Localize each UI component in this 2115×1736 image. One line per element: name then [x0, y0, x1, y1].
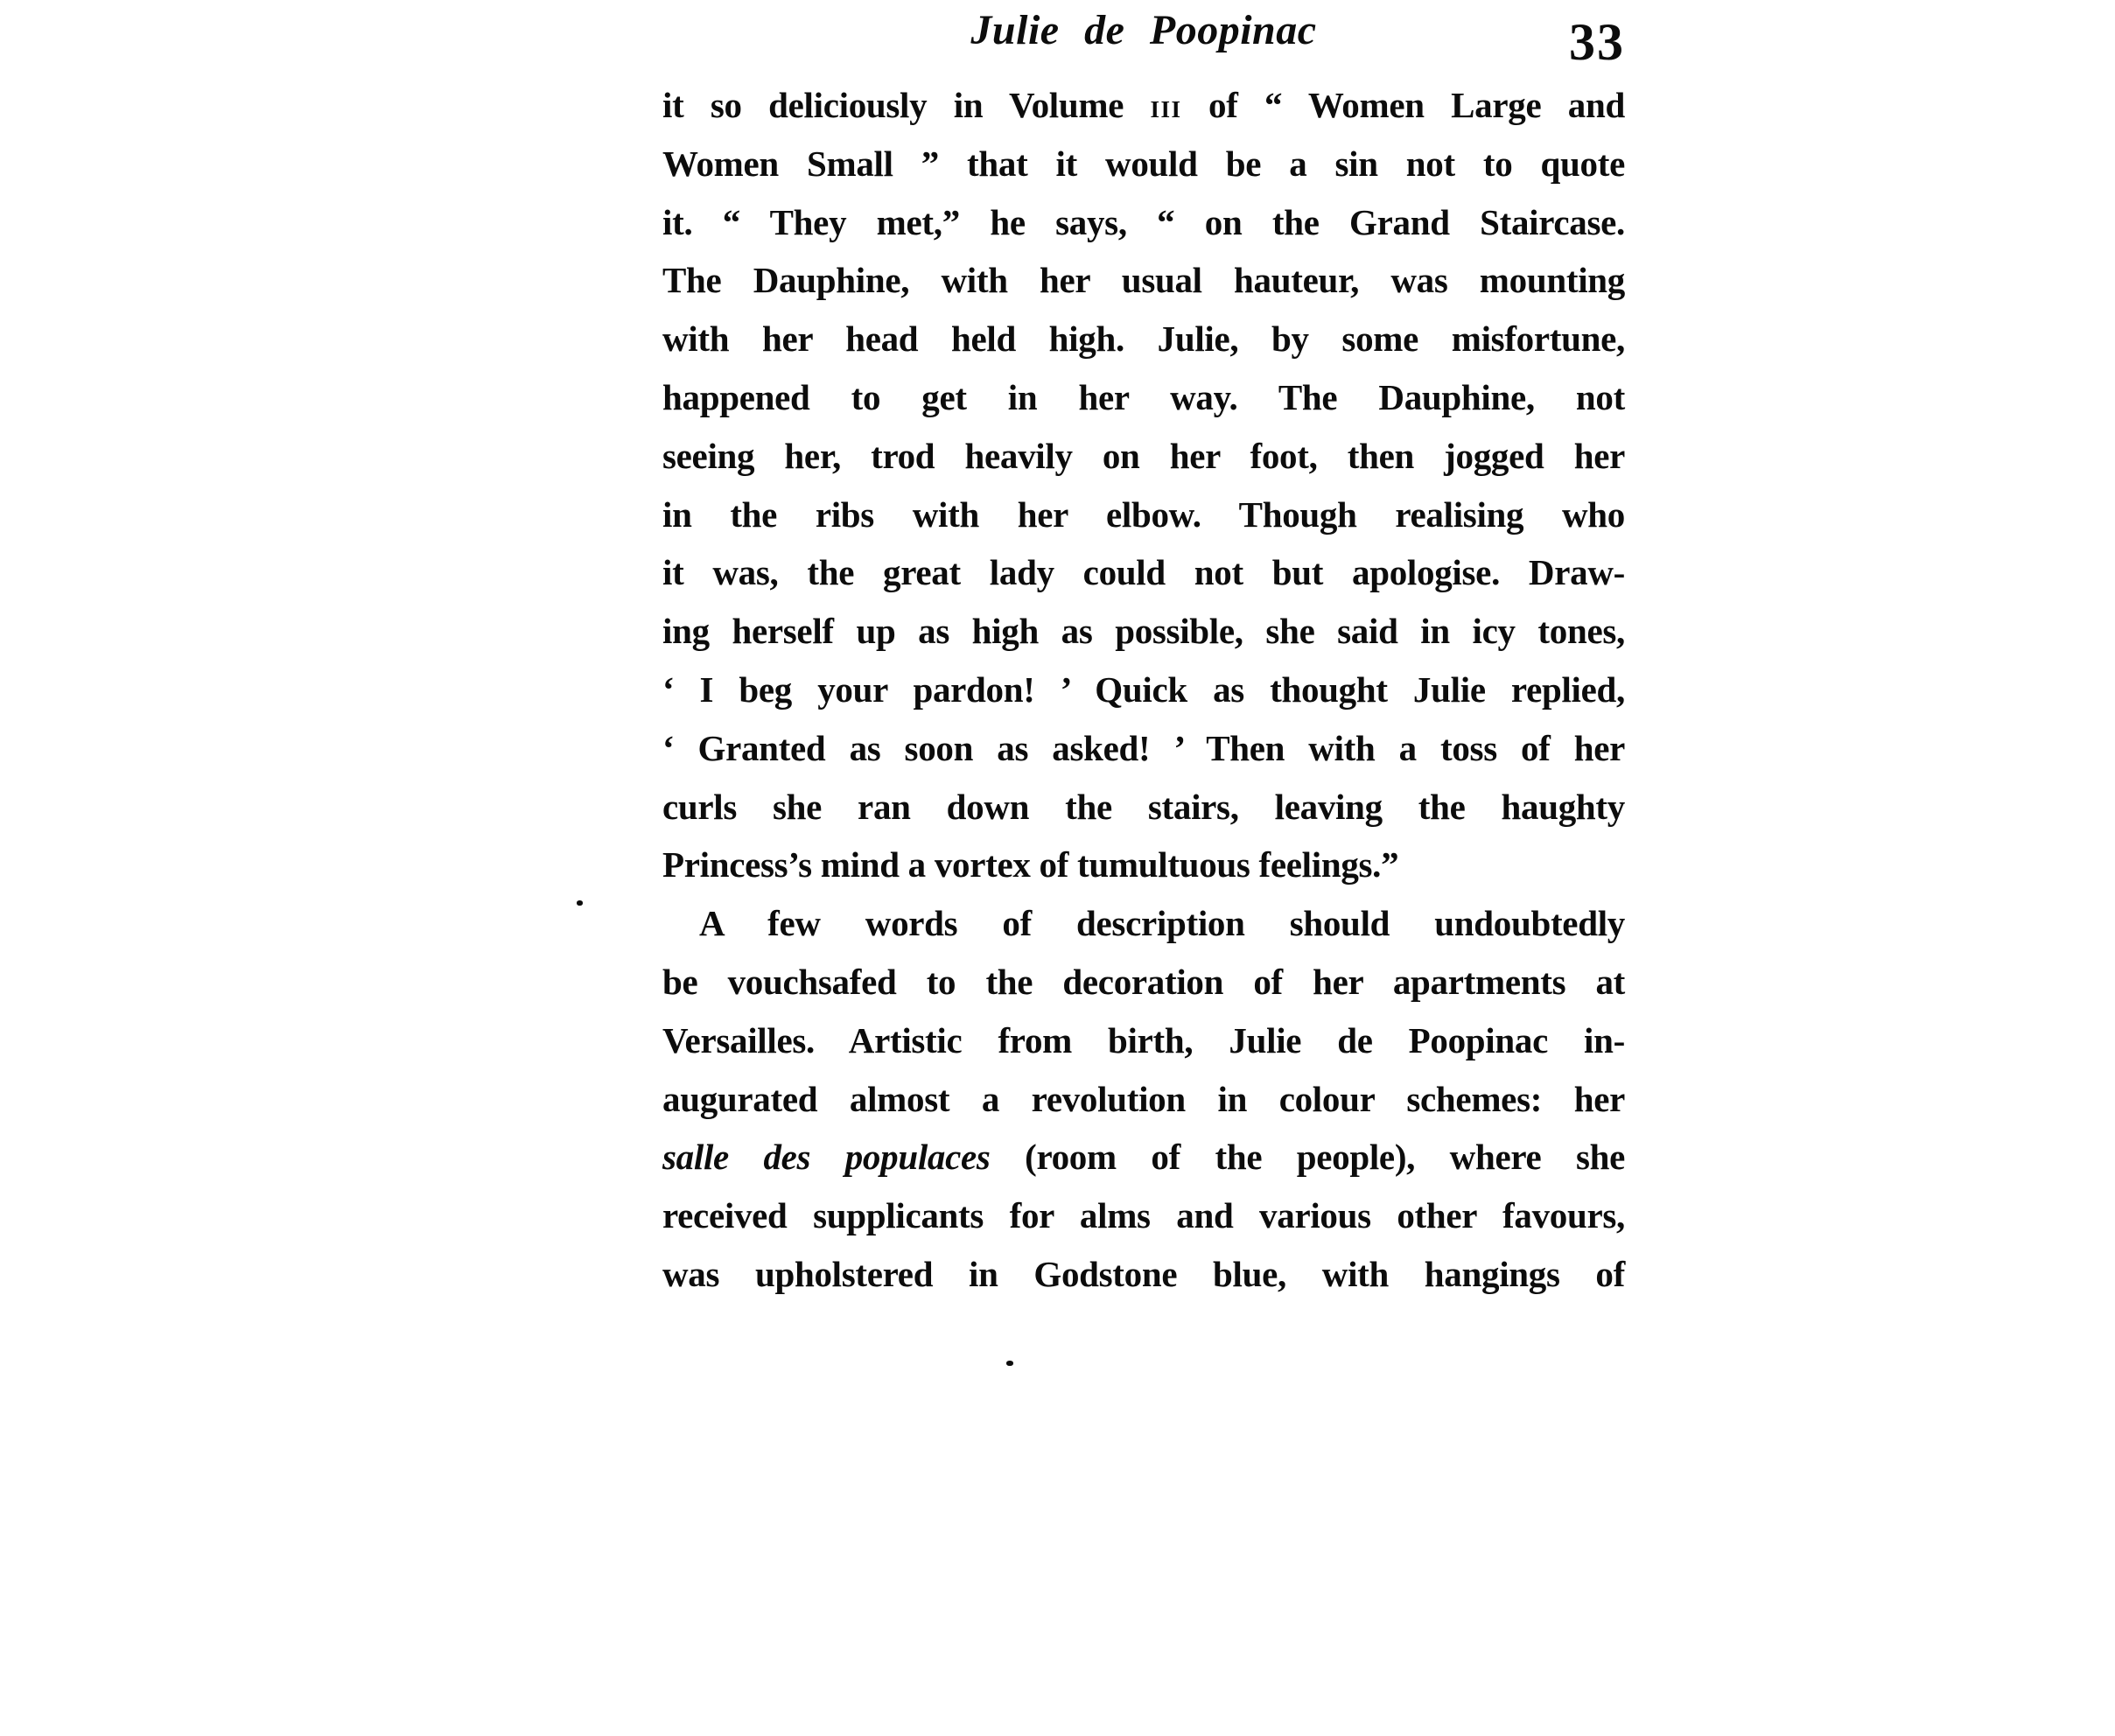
text-segment: happened to get in her way. The Dauphine… — [662, 377, 1625, 417]
book-page: Julie de Poopinac 33 it so deliciously i… — [0, 0, 2115, 1736]
text-segment: with her head held high. Julie, by some … — [662, 318, 1625, 359]
text-segment: Women Small ” that it would be a sin not… — [662, 143, 1625, 184]
text-segment: received supplicants for alms and variou… — [662, 1195, 1625, 1235]
text-segment: The Dauphine, with her usual hauteur, wa… — [662, 260, 1625, 300]
text-line: Versailles. Artistic from birth, Julie d… — [662, 1011, 1625, 1070]
text-segment: curls she ran down the stairs, leaving t… — [662, 787, 1625, 827]
text-line: it was, the great lady could not but apo… — [662, 543, 1625, 602]
text-segment: ‘ I beg your pardon! ’ Quick as thought … — [662, 669, 1625, 710]
text-line: was upholstered in Godstone blue, with h… — [662, 1245, 1625, 1304]
text-segment: it. “ They met,” he says, “ on the Grand… — [662, 202, 1625, 242]
italic-phrase: salle des populaces — [662, 1137, 991, 1177]
text-line: happened to get in her way. The Dauphine… — [662, 368, 1625, 427]
text-segment: be vouchsafed to the decoration of her a… — [662, 962, 1625, 1002]
text-segment: it was, the great lady could not but apo… — [662, 552, 1625, 592]
text-line: ‘ Granted as soon as asked! ’ Then with … — [662, 719, 1625, 778]
smallcaps-numeral: iii — [1151, 88, 1182, 125]
text-line: seeing her, trod heavily on her foot, th… — [662, 427, 1625, 486]
text-line: The Dauphine, with her usual hauteur, wa… — [662, 251, 1625, 310]
text-segment: A few words of description should undoub… — [699, 903, 1625, 943]
text-line: with her head held high. Julie, by some … — [662, 310, 1625, 368]
text-line: Women Small ” that it would be a sin not… — [662, 135, 1625, 193]
text-line: augurated almost a revolution in colour … — [662, 1070, 1625, 1129]
text-line: it. “ They met,” he says, “ on the Grand… — [662, 193, 1625, 252]
text-line: salle des populaces (room of the people)… — [662, 1128, 1625, 1186]
text-line: curls she ran down the stairs, leaving t… — [662, 778, 1625, 836]
text-line: ‘ I beg your pardon! ’ Quick as thought … — [662, 661, 1625, 719]
page-number: 33 — [662, 16, 1625, 68]
text-segment: (room of the people), where she — [991, 1137, 1625, 1177]
text-segment: ‘ Granted as soon as asked! ’ Then with … — [662, 728, 1625, 768]
text-segment: was upholstered in Godstone blue, with h… — [662, 1254, 1625, 1294]
text-segment: in the ribs with her elbow. Though reali… — [662, 494, 1625, 535]
text-segment: Princess’s mind a vortex of tumultuous f… — [662, 844, 1398, 885]
text-line: in the ribs with her elbow. Though reali… — [662, 486, 1625, 544]
text-segment: ing herself up as high as possible, she … — [662, 611, 1625, 651]
ink-speck — [577, 900, 583, 906]
text-segment: it so deliciously in Volume — [662, 85, 1151, 125]
text-line: Princess’s mind a vortex of tumultuous f… — [662, 836, 1625, 894]
text-segment: Versailles. Artistic from birth, Julie d… — [662, 1020, 1625, 1060]
text-line: it so deliciously in Volume iii of “ Wom… — [662, 76, 1625, 135]
text-line: ing herself up as high as possible, she … — [662, 602, 1625, 661]
text-segment: of “ Women Large and — [1182, 85, 1625, 125]
text-segment: seeing her, trod heavily on her foot, th… — [662, 436, 1625, 476]
text-line: received supplicants for alms and variou… — [662, 1186, 1625, 1245]
body-text: it so deliciously in Volume iii of “ Wom… — [662, 76, 1625, 1304]
text-line: A few words of description should undoub… — [662, 894, 1625, 953]
ink-speck — [1006, 1361, 1013, 1366]
text-line: be vouchsafed to the decoration of her a… — [662, 953, 1625, 1011]
text-segment: augurated almost a revolution in colour … — [662, 1079, 1625, 1119]
